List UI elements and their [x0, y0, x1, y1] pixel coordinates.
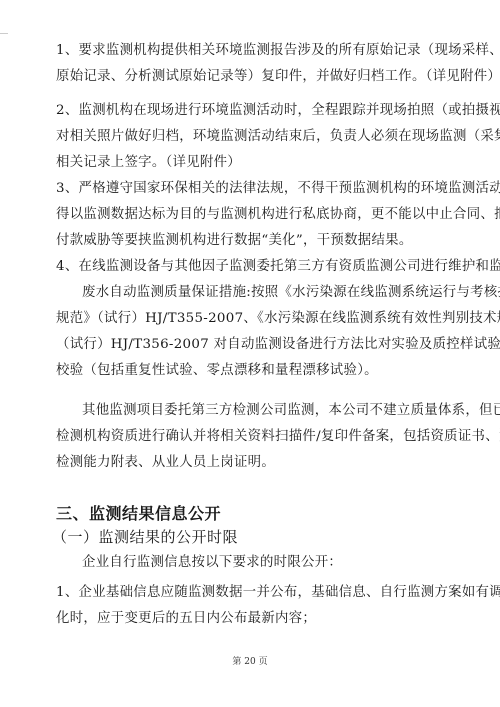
- paragraph-disclosure-intro: 企业自行监测信息按以下要求的时限公开：: [56, 550, 456, 576]
- text-line: 原始记录、分析测试原始记录等）复印件，并做好归档工作。（详见附件）: [56, 64, 456, 90]
- page-number: 第 20 页: [0, 654, 500, 667]
- paragraph-raw-records: 1、要求监测机构提供相关环境监测报告涉及的所有原始记录（现场采样、监测 原始记录…: [56, 38, 456, 90]
- document-page: 1、要求监测机构提供相关环境监测报告涉及的所有原始记录（现场采样、监测 原始记录…: [0, 0, 500, 707]
- text-line: 检测能力附表、从业人员上岗证明。: [56, 450, 456, 476]
- text-line: 1、要求监测机构提供相关环境监测报告涉及的所有原始记录（现场采样、监测: [56, 38, 456, 64]
- text-line: 得以监测数据达标为目的与监测机构进行私底协商，更不能以中止合同、拒绝: [56, 202, 456, 228]
- text-line: 3、严格遵守国家环保相关的法律法规，不得干预监测机构的环境监测活动，不: [56, 176, 456, 202]
- scan-mark: [0, 33, 8, 34]
- section-heading: 三、监测结果信息公开: [56, 501, 221, 524]
- text-line: 对相关照片做好归档，环境监测活动结束后，负责人必须在现场监测（采集）: [56, 124, 456, 150]
- text-line: 相关记录上签字。（详见附件）: [56, 150, 456, 176]
- text-line: （试行）HJ/T356-2007 对自动监测设备进行方法比对实验及质控样试验、现…: [56, 332, 456, 358]
- text-line: 2、监测机构在现场进行环境监测活动时，全程跟踪并现场拍照（或拍摄视频），: [56, 98, 456, 124]
- paragraph-basic-info: 1、企业基础信息应随监测数据一并公布，基础信息、自行监测方案如有调整变 化时，应…: [56, 580, 456, 632]
- subsection-heading: （一）监测结果的公开时限: [52, 526, 238, 547]
- text-line: 化时，应于变更后的五日内公布最新内容；: [56, 606, 456, 632]
- text-line: 企业自行监测信息按以下要求的时限公开：: [56, 550, 456, 576]
- text-line: 校验（包括重复性试验、零点漂移和量程漂移试验）。: [56, 358, 456, 384]
- text-line: 废水自动监测质量保证措施:按照《水污染源在线监测系统运行与考核技术: [56, 280, 456, 306]
- text-line: 付款威胁等要挟监测机构进行数据“美化”，干预数据结果。: [56, 228, 456, 254]
- text-line: 其他监测项目委托第三方检测公司监测，本公司不建立质量体系，但已对: [56, 398, 456, 424]
- paragraph-onsite-photos: 2、监测机构在现场进行环境监测活动时，全程跟踪并现场拍照（或拍摄视频）， 对相关…: [56, 98, 456, 176]
- text-line: 检测机构资质进行确认并将相关资料扫描件/复印件备案，包括资质证书、资质: [56, 424, 456, 450]
- text-line: 1、企业基础信息应随监测数据一并公布，基础信息、自行监测方案如有调整变: [56, 580, 456, 606]
- paragraph-online-monitoring: 4、在线监测设备与其他因子监测委托第三方有资质监测公司进行维护和监测。: [56, 254, 456, 280]
- text-line: 规范》（试行）HJ/T355-2007、《水污染源在线监测系统有效性判别技术规范…: [56, 306, 456, 332]
- text-line: 4、在线监测设备与其他因子监测委托第三方有资质监测公司进行维护和监测。: [56, 254, 456, 280]
- paragraph-third-party: 其他监测项目委托第三方检测公司监测，本公司不建立质量体系，但已对 检测机构资质进…: [56, 398, 456, 476]
- paragraph-legal-compliance: 3、严格遵守国家环保相关的法律法规，不得干预监测机构的环境监测活动，不 得以监测…: [56, 176, 456, 254]
- paragraph-wastewater-qa: 废水自动监测质量保证措施:按照《水污染源在线监测系统运行与考核技术 规范》（试行…: [56, 280, 456, 384]
